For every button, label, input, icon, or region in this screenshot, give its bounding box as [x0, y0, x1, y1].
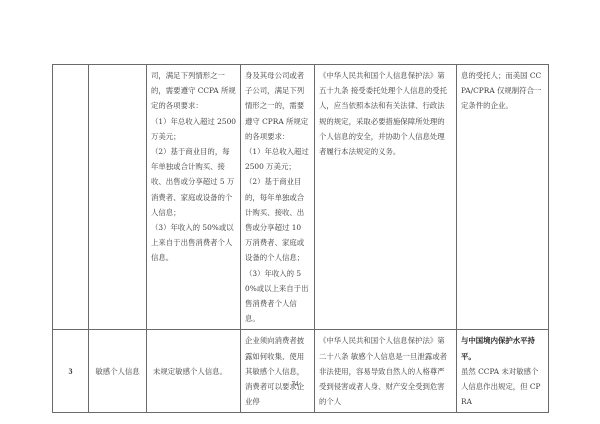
- pipl-paragraph: 《中华人民共和国个人信息保护法》第五十九条 接受委托处理个人信息的受托人，应当依…: [319, 68, 452, 159]
- cpra-paragraph: 身及其母公司或者子公司，满足下列情形之一的，需要遵守 CPRA 所规定的各项要求…: [245, 68, 310, 144]
- cpra-paragraph: 企业须向消费者披露如何收集、使用其敏感个人信息，消费者可以要求企业停: [245, 333, 310, 409]
- pipl-cell: 《中华人民共和国个人信息保护法》第五十九条 接受委托处理个人信息的受托人，应当依…: [315, 65, 457, 330]
- ccpa-cell: 司，满足下列情形之一的，需要遵守 CCPA 所规定的各项要求： （1）年总收入超…: [147, 65, 241, 330]
- cpra-paragraph: （3）年收入的 50%或以上来自于出售消费者个人信息。: [245, 266, 310, 327]
- topic-cell: [89, 65, 147, 330]
- row-index-cell: [53, 65, 89, 330]
- comparison-paragraph: 虽然 CCPA 未对敏感个人信息作出规定，但 CPRA: [461, 364, 544, 410]
- page-number: 74: [285, 380, 305, 388]
- topic-cell: 敏感个人信息: [89, 330, 147, 413]
- table-row: 司，满足下列情形之一的，需要遵守 CCPA 所规定的各项要求： （1）年总收入超…: [53, 65, 549, 330]
- pipl-cell: 《中华人民共和国个人信息保护法》第二十八条 敏感个人信息是一旦泄露或者非法使用，…: [315, 330, 457, 413]
- table-row: 3 敏感个人信息 未规定敏感个人信息。 企业须向消费者披露如何收集、使用其敏感个…: [53, 330, 549, 413]
- comparison-table: 司，满足下列情形之一的，需要遵守 CCPA 所规定的各项要求： （1）年总收入超…: [52, 64, 549, 413]
- ccpa-cell: 未规定敏感个人信息。: [147, 330, 241, 413]
- cpra-paragraph: （1）年总收入超过 2500 万美元；: [245, 144, 310, 174]
- ccpa-paragraph: （3）年收入的 50%或以上来自于出售消费者个人信息。: [151, 220, 236, 266]
- row-index-cell: 3: [53, 330, 89, 413]
- comparison-cell: 与中国境内保护水平持平。 虽然 CCPA 未对敏感个人信息作出规定，但 CPRA: [457, 330, 549, 413]
- comparison-paragraph: 息的受托人；而美国 CCPA/CPRA 仅规制符合一定条件的企业。: [461, 68, 544, 114]
- document-page: 司，满足下列情形之一的，需要遵守 CCPA 所规定的各项要求： （1）年总收入超…: [0, 0, 600, 424]
- row-number: 3: [69, 367, 73, 376]
- ccpa-paragraph: （1）年总收入超过 2500 万美元；: [151, 114, 236, 144]
- comparison-bold-paragraph: 与中国境内保护水平持平。: [461, 333, 544, 363]
- cpra-cell: 身及其母公司或者子公司，满足下列情形之一的，需要遵守 CPRA 所规定的各项要求…: [241, 65, 315, 330]
- comparison-cell: 息的受托人；而美国 CCPA/CPRA 仅规制符合一定条件的企业。: [457, 65, 549, 330]
- pipl-paragraph: 《中华人民共和国个人信息保护法》第二十八条 敏感个人信息是一旦泄露或者非法使用，…: [319, 333, 452, 409]
- ccpa-paragraph: 司，满足下列情形之一的，需要遵守 CCPA 所规定的各项要求：: [151, 68, 236, 114]
- cpra-paragraph: （2）基于商业目的，每年单独或合计购买、接收、出售或分享超过 10 万消费者、家…: [245, 174, 310, 265]
- cpra-cell: 企业须向消费者披露如何收集、使用其敏感个人信息，消费者可以要求企业停: [241, 330, 315, 413]
- ccpa-paragraph: （2）基于商业目的，每年单独或合计购买、接收、出售或分享超过 5 万消费者、家庭…: [151, 144, 236, 220]
